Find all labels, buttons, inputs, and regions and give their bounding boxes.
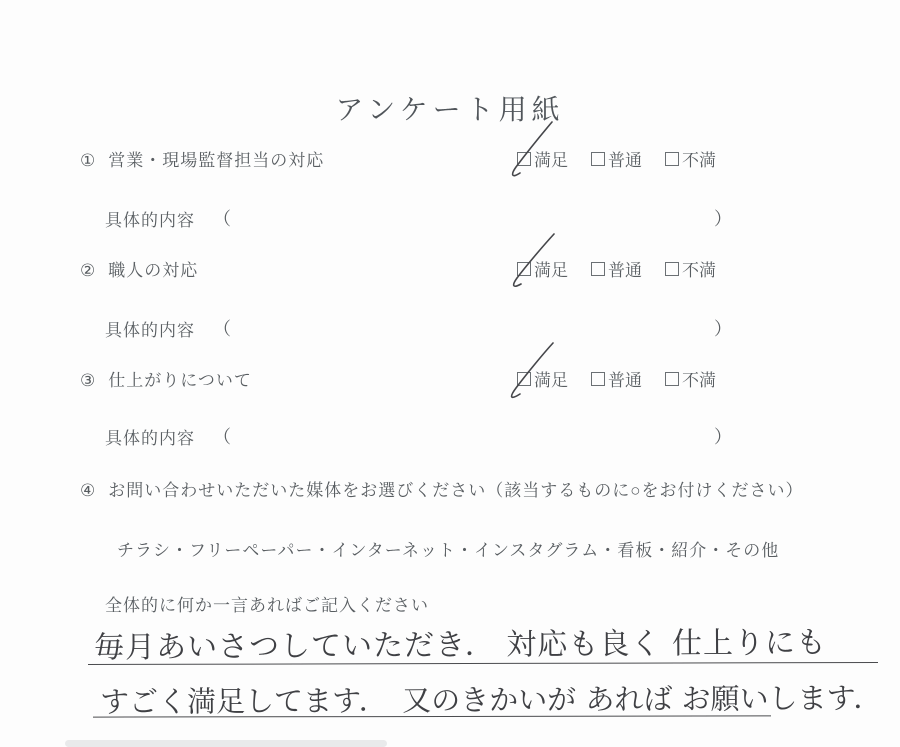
option-label: 不満 (682, 256, 716, 281)
detail-paren-open-q2: （ (213, 315, 231, 341)
option-q2-futsuu: 普通 (591, 256, 642, 281)
question-3-label: 仕上がりについて (108, 371, 252, 390)
question-2-number: ② (80, 261, 96, 281)
option-q2-manzoku: 満足 (517, 256, 568, 281)
form-title: アンケート用紙 (0, 88, 900, 128)
option-label: 満足 (534, 146, 568, 171)
question-2-options: 満足 普通 不満 (517, 256, 716, 281)
option-label: 普通 (608, 146, 642, 171)
detail-paren-close-q2: ） (714, 315, 732, 341)
checkbox-q2-futsuu (591, 262, 605, 276)
survey-form-scan: アンケート用紙 ①営業・現場監督担当の対応 満足 普通 不満 具体的内容 （ ）… (0, 0, 900, 747)
media-options-line: チラシ・フリーペーパー・インターネット・インスタグラム・看板・紹介・その他 (117, 536, 779, 561)
scan-artifact-smudge (65, 740, 387, 747)
option-label: 普通 (608, 366, 642, 391)
question-4-number: ④ (80, 481, 96, 501)
question-1-options: 満足 普通 不満 (517, 146, 716, 171)
comment-prompt-label: 全体的に何か一言あればご記入ください (105, 591, 429, 616)
question-1-number: ① (80, 151, 96, 171)
checkbox-q2-fuman (665, 262, 679, 276)
question-2: ②職人の対応 (80, 256, 198, 281)
question-3-number: ③ (80, 371, 96, 391)
question-3-options: 満足 普通 不満 (517, 366, 716, 391)
detail-label-q3: 具体的内容 (105, 424, 195, 449)
checkbox-q3-futsuu (591, 372, 605, 386)
option-q3-manzoku: 満足 (517, 366, 568, 391)
detail-paren-close-q3: ） (714, 423, 732, 449)
detail-paren-close-q1: ） (714, 205, 732, 231)
checkbox-q1-fuman (665, 152, 679, 166)
checkbox-q1-manzoku (517, 152, 531, 166)
option-q1-fuman: 不満 (665, 146, 716, 171)
detail-paren-open-q3: （ (213, 423, 231, 449)
checkbox-q2-manzoku (517, 262, 531, 276)
option-label: 不満 (682, 366, 716, 391)
option-label: 満足 (534, 366, 568, 391)
detail-paren-open-q1: （ (213, 205, 231, 231)
checkbox-q3-fuman (665, 372, 679, 386)
checkbox-q3-manzoku (517, 372, 531, 386)
question-4: ④お問い合わせいただいた媒体をお選びください（該当するものに○をお付けください） (80, 476, 804, 501)
detail-label-q2: 具体的内容 (105, 316, 195, 341)
checkbox-q1-futsuu (591, 152, 605, 166)
option-q1-manzoku: 満足 (517, 146, 568, 171)
option-q3-fuman: 不満 (665, 366, 716, 391)
handwritten-comment-line1: 毎月あいさつしていただき． 対応も良く 仕上りにも (94, 617, 827, 666)
question-3: ③仕上がりについて (80, 366, 252, 391)
option-q3-futsuu: 普通 (591, 366, 642, 391)
option-q2-fuman: 不満 (665, 256, 716, 281)
question-2-label: 職人の対応 (108, 261, 198, 280)
option-q1-futsuu: 普通 (591, 146, 642, 171)
question-4-label: お問い合わせいただいた媒体をお選びください（該当するものに○をお付けください） (108, 481, 803, 500)
question-1-label: 営業・現場監督担当の対応 (108, 151, 324, 170)
detail-label-q1: 具体的内容 (105, 206, 195, 231)
option-label: 不満 (682, 146, 716, 171)
option-label: 普通 (608, 256, 642, 281)
handwritten-comment-line2: すごく満足してます． 又のきかいが あれば お願いします． (100, 676, 883, 721)
question-1: ①営業・現場監督担当の対応 (80, 146, 324, 171)
option-label: 満足 (534, 256, 568, 281)
